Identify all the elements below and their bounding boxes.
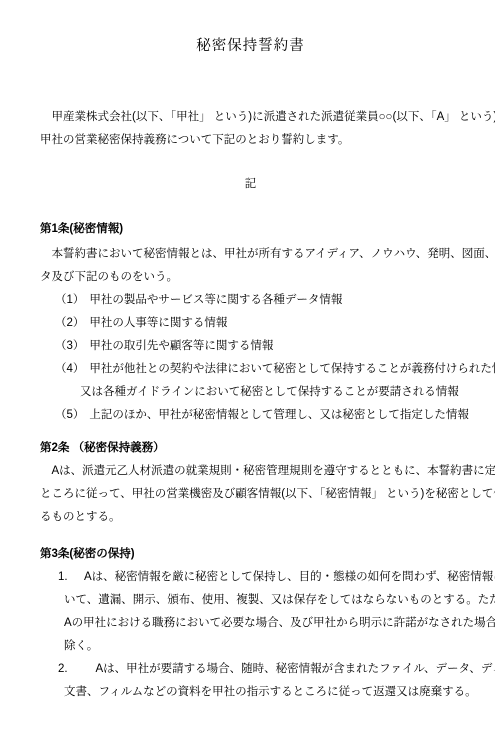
article1-body-line: タ及び下記のものをいう。 — [40, 266, 461, 289]
list-item-number: （1） — [55, 289, 84, 312]
list-item: （3） 甲社の取引先や顧客等に関する情報 — [40, 335, 461, 358]
numbered-item-text: Aは、甲社が要請する場合、随時、秘密情報が含まれたファイル、データ、ディスク — [84, 658, 495, 681]
document-title: 秘密保持誓約書 — [40, 36, 461, 56]
article3-item-list: 1. Aは、秘密情報を厳に秘密として保持し、目的・態様の如何を問わず、秘密情報に… — [40, 566, 461, 704]
intro-paragraph: 甲産業株式会社(以下、「甲社」 という)に派遣された派遣従業員○○(以下、「A」… — [40, 106, 461, 152]
article1-body: 本誓約書において秘密情報とは、甲社が所有するアイディア、ノウハウ、発明、図面、デ… — [40, 243, 461, 289]
list-item-number: （4） — [55, 358, 84, 381]
article1-body-line: 本誓約書において秘密情報とは、甲社が所有するアイディア、ノウハウ、発明、図面、デ… — [40, 243, 461, 266]
article3-heading: 第3条(秘密の保持) — [40, 543, 461, 566]
record-marker: 記 — [40, 173, 461, 196]
list-item-text: 甲社の人事等に関する情報 — [89, 312, 227, 335]
intro-line: 甲産業株式会社(以下、「甲社」 という)に派遣された派遣従業員○○(以下、「A」… — [40, 106, 461, 129]
numbered-item-continuation: 除く。 — [64, 635, 461, 658]
numbered-item-number: 2. — [58, 658, 84, 681]
list-item-continuation: 又は各種ガイドラインにおいて秘密として保持することが要請される情報 — [80, 381, 461, 404]
list-item-number: （5） — [55, 404, 84, 427]
article2-body-line: るものとする。 — [40, 506, 461, 529]
document-page: 秘密保持誓約書 甲産業株式会社(以下、「甲社」 という)に派遣された派遣従業員○… — [0, 0, 495, 734]
intro-line: 甲社の営業秘密保持義務について下記のとおり誓約します。 — [40, 129, 461, 152]
numbered-item-continuation: いて、遺漏、開示、頒布、使用、複製、又は保存をしてはならないものとする。ただし、 — [64, 589, 461, 612]
numbered-item: 2. Aは、甲社が要請する場合、随時、秘密情報が含まれたファイル、データ、ディス… — [40, 658, 461, 681]
numbered-item-continuation: 文書、フィルムなどの資料を甲社の指示するところに従って返還又は廃棄する。 — [64, 681, 461, 704]
article2-body-line: Aは、派遣元乙人材派遣の就業規則・秘密管理規則を遵守するとともに、本誓約書に定め… — [40, 460, 461, 483]
list-item: （2） 甲社の人事等に関する情報 — [40, 312, 461, 335]
article2-heading: 第2条 （秘密保持義務） — [40, 437, 461, 460]
list-item-text: 甲社が他社との契約や法律において秘密として保持することが義務付けられた情報、 — [89, 358, 495, 381]
numbered-item-number: 1. — [58, 566, 84, 589]
list-item-number: （3） — [55, 335, 84, 358]
list-item: （5） 上記のほか、甲社が秘密情報として管理し、又は秘密として指定した情報 — [40, 404, 461, 427]
list-item-text: 甲社の取引先や顧客等に関する情報 — [89, 335, 273, 358]
numbered-item-text: Aは、秘密情報を厳に秘密として保持し、目的・態様の如何を問わず、秘密情報につ — [84, 566, 495, 589]
list-item: （1） 甲社の製品やサービス等に関する各種データ情報 — [40, 289, 461, 312]
list-item-text: 甲社の製品やサービス等に関する各種データ情報 — [89, 289, 342, 312]
article1-heading: 第1条(秘密情報) — [40, 218, 461, 241]
numbered-item-continuation: Aの甲社における職務において必要な場合、及び甲社から明示に許諾がなされた場合を — [64, 612, 461, 635]
article1-item-list: （1） 甲社の製品やサービス等に関する各種データ情報 （2） 甲社の人事等に関す… — [40, 289, 461, 427]
article2-body-line: ところに従って、甲社の営業機密及び顧客情報(以下、「秘密情報」 という)を秘密と… — [40, 483, 461, 506]
list-item: （4） 甲社が他社との契約や法律において秘密として保持することが義務付けられた情… — [40, 358, 461, 381]
article2-body: Aは、派遣元乙人材派遣の就業規則・秘密管理規則を遵守するとともに、本誓約書に定め… — [40, 460, 461, 529]
list-item-text: 上記のほか、甲社が秘密情報として管理し、又は秘密として指定した情報 — [89, 404, 469, 427]
numbered-item: 1. Aは、秘密情報を厳に秘密として保持し、目的・態様の如何を問わず、秘密情報に… — [40, 566, 461, 589]
list-item-number: （2） — [55, 312, 84, 335]
